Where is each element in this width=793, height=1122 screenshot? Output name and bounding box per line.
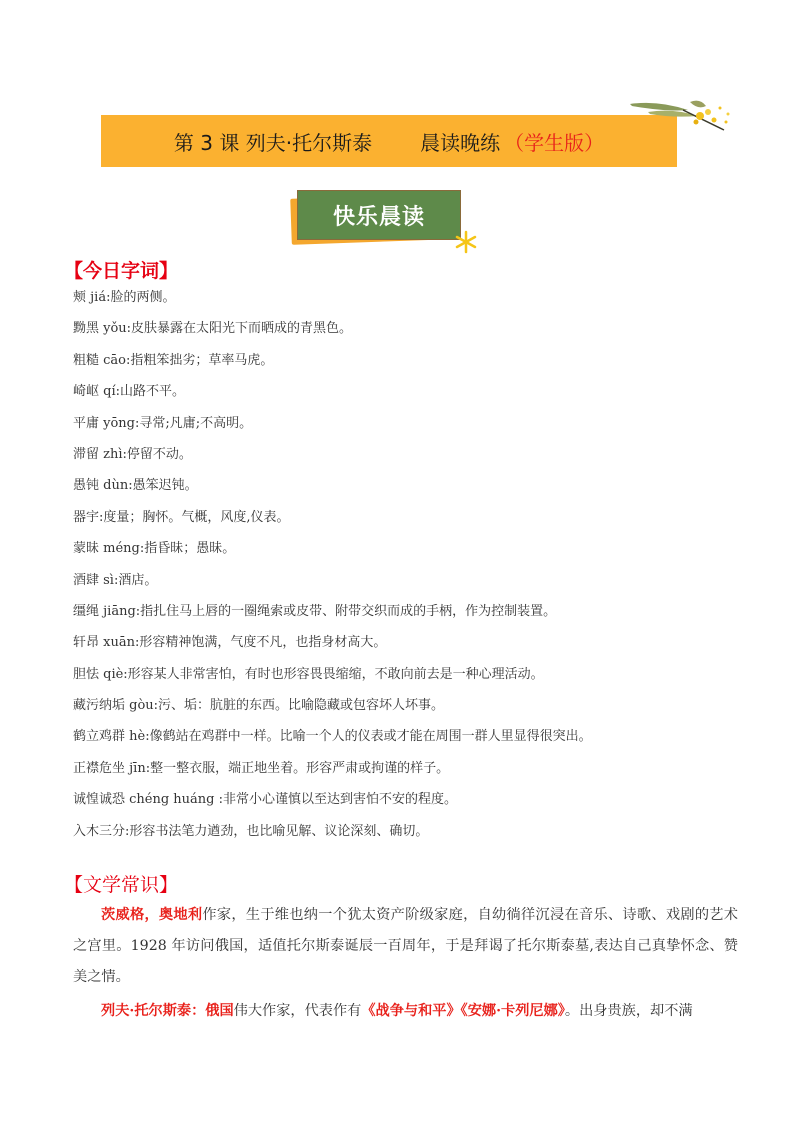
vocab-heading: 【今日字词】 xyxy=(64,256,178,283)
vocab-item: 平庸 yōng:寻常;凡庸;不高明。 xyxy=(73,414,753,445)
vocab-item: 藏污纳垢 gòu:污、垢：肮脏的东西。比喻隐藏或包容坏人坏事。 xyxy=(73,696,753,727)
vocab-item: 愚钝 dùn:愚笨迟钝。 xyxy=(73,476,753,507)
vocab-item: 蒙昧 méng:指昏昧；愚昧。 xyxy=(73,539,753,570)
zweig-paragraph: 茨威格，奥地利作家，生于维也纳一个犹太资产阶级家庭，自幼徜徉沉浸在音乐、诗歌、戏… xyxy=(73,900,738,993)
vocab-item: 崎岖 qí:山路不平。 xyxy=(73,382,753,413)
tolstoy-highlight: 列夫·托尔斯泰：俄国 xyxy=(101,1003,234,1019)
tolstoy-works: 《战争与和平》《安娜·卡列尼娜》 xyxy=(361,1003,565,1019)
vocab-item: 入木三分:形容书法笔力遒劲，也比喻见解、议论深刻、确切。 xyxy=(73,822,753,853)
flower-branch-icon xyxy=(628,96,738,136)
morning-reading-banner: 快乐晨读 xyxy=(288,186,478,258)
vocab-item: 轩昂 xuān:形容精神饱满，气度不凡，也指身材高大。 xyxy=(73,633,753,664)
lesson-title-bar: 第 3 课 列夫·托尔斯泰 晨读晚练 （学生版） xyxy=(101,115,677,167)
tolstoy-text-1: 伟大作家，代表作有 xyxy=(234,1003,362,1019)
vocab-item: 器宇:度量；胸怀。气概，风度,仪表。 xyxy=(73,508,753,539)
vocab-item: 粗糙 cāo:指粗笨拙劣；草率马虎。 xyxy=(73,351,753,382)
vocab-item: 颊 jiá:脸的两侧。 xyxy=(73,288,753,319)
tolstoy-paragraph: 列夫·托尔斯泰：俄国伟大作家，代表作有《战争与和平》《安娜·卡列尼娜》。出身贵族… xyxy=(73,996,738,1027)
vocab-item: 黝黑 yǒu:皮肤暴露在太阳光下而晒成的青黑色。 xyxy=(73,319,753,350)
vocab-item: 胆怯 qiè:形容某人非常害怕，有时也形容畏畏缩缩，不敢向前去是一种心理活动。 xyxy=(73,665,753,696)
vocab-item: 酒肆 sì:酒店。 xyxy=(73,571,753,602)
vocab-item: 鹤立鸡群 hè:像鹤站在鸡群中一样。比喻一个人的仪表或才能在周围一群人里显得很突… xyxy=(73,727,753,758)
lesson-title: 第 3 课 列夫·托尔斯泰 xyxy=(174,127,372,156)
literature-heading: 【文学常识】 xyxy=(64,870,178,897)
sparkle-icon xyxy=(454,230,478,254)
vocab-list: 颊 jiá:脸的两侧。 黝黑 yǒu:皮肤暴露在太阳光下而晒成的青黑色。 粗糙 … xyxy=(73,288,753,853)
vocab-item: 诚惶诚恐 chéng huáng :非常小心谨慎以至达到害怕不安的程度。 xyxy=(73,790,753,821)
lesson-subtitle: 晨读晚练 xyxy=(420,127,500,156)
vocab-item: 正襟危坐 jīn:整一整衣服，端正地坐着。形容严肃或拘谨的样子。 xyxy=(73,759,753,790)
vocab-item: 滞留 zhì:停留不动。 xyxy=(73,445,753,476)
edition-label: （学生版） xyxy=(504,127,604,156)
vocab-item: 缰绳 jiāng:指扎住马上唇的一圈绳索或皮带、附带交织而成的手柄，作为控制装置… xyxy=(73,602,753,633)
tolstoy-text-2: 。出身贵族，却不满 xyxy=(565,1003,693,1019)
zweig-highlight: 茨威格，奥地利 xyxy=(101,907,202,923)
banner-label: 快乐晨读 xyxy=(297,190,461,240)
